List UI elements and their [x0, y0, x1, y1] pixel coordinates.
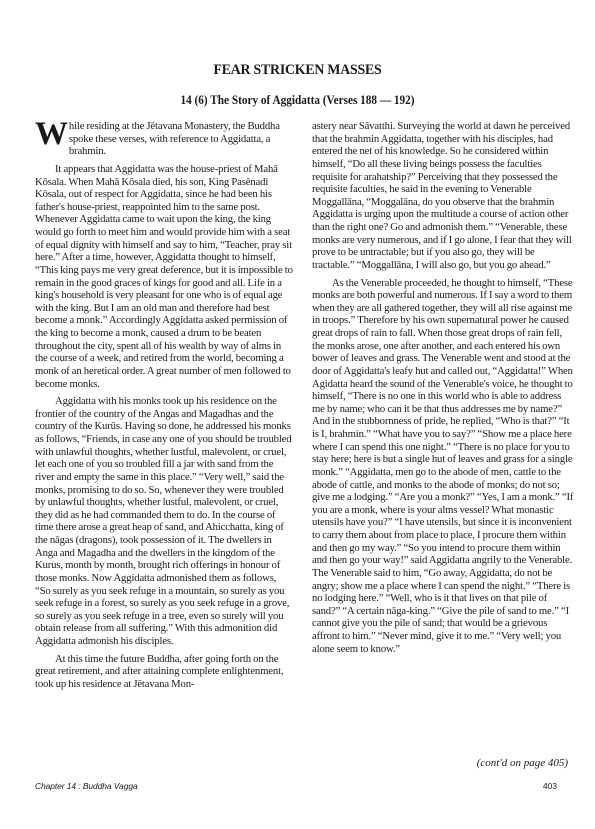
paragraph: It appears that Aggidatta was the house-…: [35, 163, 293, 390]
right-column: astery near Sāvatthi. Surveying the worl…: [312, 120, 574, 660]
paragraph: At this time the future Buddha, after go…: [35, 653, 293, 691]
paragraph: Aggidatta with his monks took up his res…: [35, 395, 293, 648]
drop-cap: W: [35, 122, 68, 146]
story-subtitle: 14 (6) The Story of Aggidatta (Verses 18…: [30, 93, 566, 108]
footer-chapter: Chapter 14 : Buddha Vagga: [35, 781, 138, 791]
paragraph: astery near Sāvatthi. Surveying the worl…: [312, 120, 574, 272]
paragraph: While residing at the Jētavana Monastery…: [35, 120, 293, 158]
chapter-section-title: FEAR STRICKEN MASSES: [24, 62, 571, 79]
continuation-note: (cont'd on page 405): [312, 757, 568, 769]
paragraph: As the Venerable proceeded, he thought t…: [312, 277, 574, 656]
left-column: While residing at the Jētavana Monastery…: [35, 120, 293, 696]
page-number: 403: [500, 781, 557, 791]
paragraph-text: hile residing at the Jētavana Monastery,…: [69, 120, 280, 157]
